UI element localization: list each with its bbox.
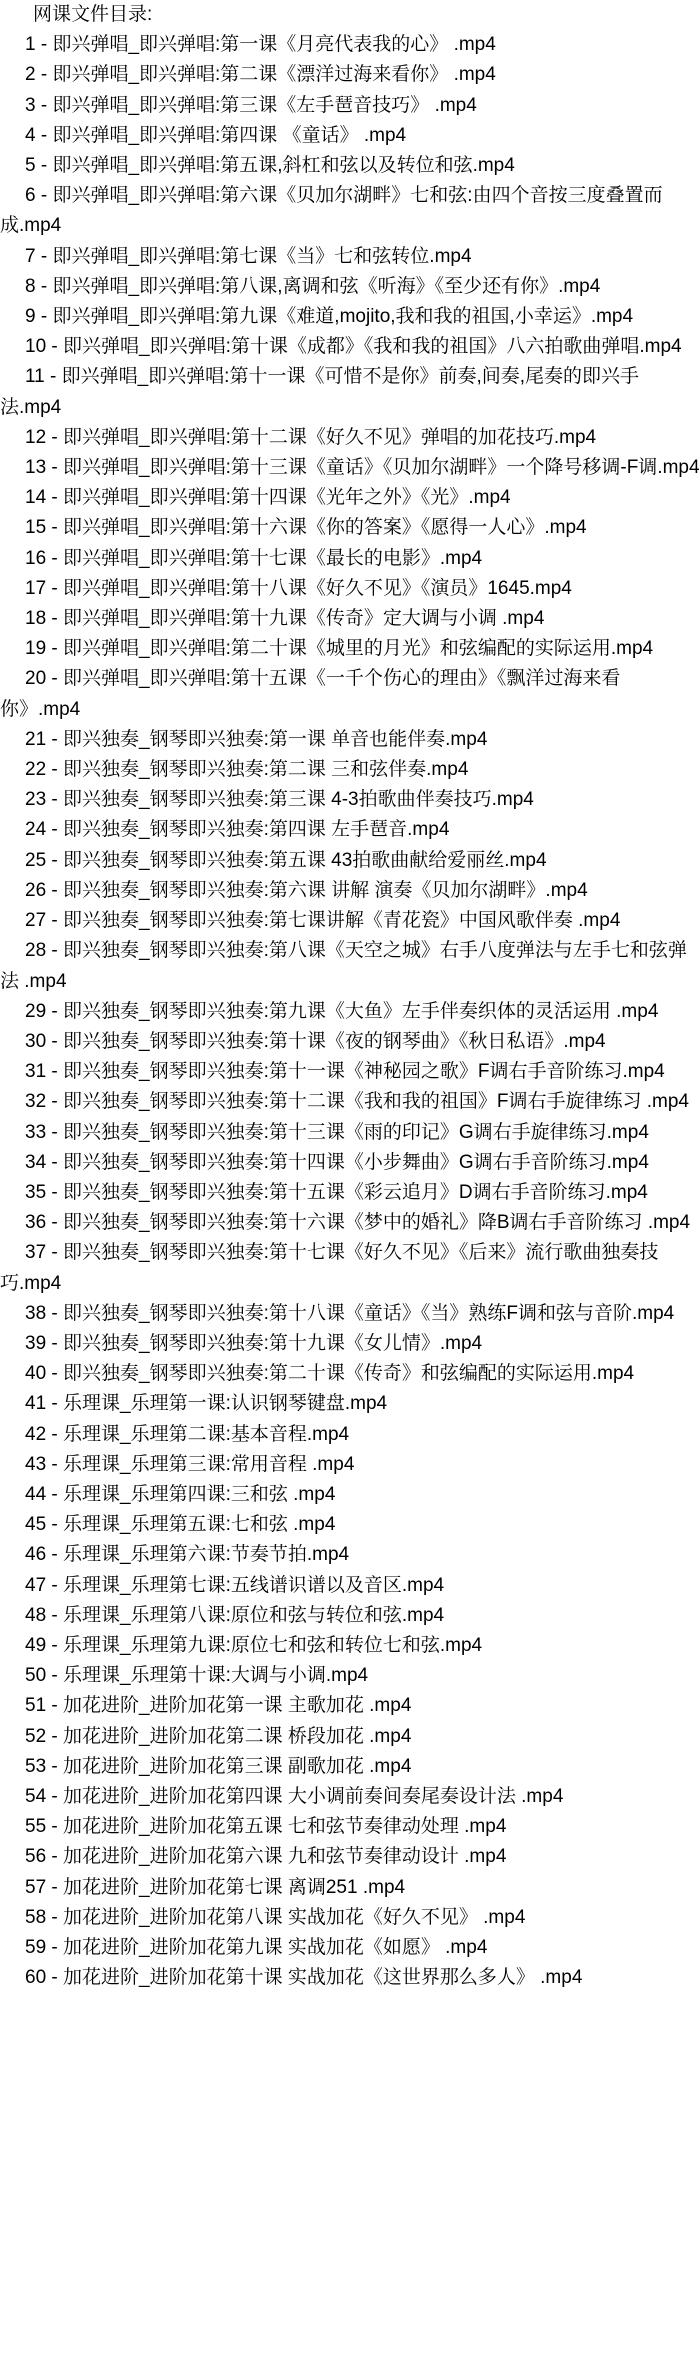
file-entry: 35 - 即兴独奏_钢琴即兴独奏:第十五课《彩云追月》D调右手音阶练习.mp4 [0, 1178, 700, 1208]
file-entry: 28 - 即兴独奏_钢琴即兴独奏:第八课《天空之城》右手八度弹法与左手七和弦弹法… [0, 936, 700, 996]
file-entry: 32 - 即兴独奏_钢琴即兴独奏:第十二课《我和我的祖国》F调右手旋律练习 .m… [0, 1087, 700, 1117]
file-entry: 21 - 即兴独奏_钢琴即兴独奏:第一课 单音也能伴奏.mp4 [0, 725, 700, 755]
file-entry: 51 - 加花进阶_进阶加花第一课 主歌加花 .mp4 [0, 1691, 700, 1721]
file-entry: 42 - 乐理课_乐理第二课:基本音程.mp4 [0, 1420, 700, 1450]
file-entry: 52 - 加花进阶_进阶加花第二课 桥段加花 .mp4 [0, 1722, 700, 1752]
file-entry: 37 - 即兴独奏_钢琴即兴独奏:第十七课《好久不见》《后来》流行歌曲独奏技巧.… [0, 1238, 700, 1298]
file-entry: 25 - 即兴独奏_钢琴即兴独奏:第五课 43拍歌曲献给爱丽丝.mp4 [0, 846, 700, 876]
file-entry: 45 - 乐理课_乐理第五课:七和弦 .mp4 [0, 1510, 700, 1540]
file-entry: 12 - 即兴弹唱_即兴弹唱:第十二课《好久不见》弹唱的加花技巧.mp4 [0, 423, 700, 453]
file-entry: 40 - 即兴独奏_钢琴即兴独奏:第二十课《传奇》和弦编配的实际运用.mp4 [0, 1359, 700, 1389]
file-entry: 43 - 乐理课_乐理第三课:常用音程 .mp4 [0, 1450, 700, 1480]
file-entry: 27 - 即兴独奏_钢琴即兴独奏:第七课讲解《青花瓷》中国风歌伴奏 .mp4 [0, 906, 700, 936]
page-title: 网课文件目录: [0, 0, 700, 30]
file-entry: 3 - 即兴弹唱_即兴弹唱:第三课《左手琶音技巧》 .mp4 [0, 91, 700, 121]
file-entry: 47 - 乐理课_乐理第七课:五线谱识谱以及音区.mp4 [0, 1571, 700, 1601]
file-entry: 8 - 即兴弹唱_即兴弹唱:第八课,离调和弦《听海》《至少还有你》.mp4 [0, 272, 700, 302]
file-entry: 39 - 即兴独奏_钢琴即兴独奏:第十九课《女儿情》.mp4 [0, 1329, 700, 1359]
file-entry: 24 - 即兴独奏_钢琴即兴独奏:第四课 左手琶音.mp4 [0, 815, 700, 845]
file-entry: 57 - 加花进阶_进阶加花第七课 离调251 .mp4 [0, 1873, 700, 1903]
file-entry: 48 - 乐理课_乐理第八课:原位和弦与转位和弦.mp4 [0, 1601, 700, 1631]
file-entry: 15 - 即兴弹唱_即兴弹唱:第十六课《你的答案》《愿得一人心》.mp4 [0, 513, 700, 543]
file-entry: 50 - 乐理课_乐理第十课:大调与小调.mp4 [0, 1661, 700, 1691]
file-entry: 5 - 即兴弹唱_即兴弹唱:第五课,斜杠和弦以及转位和弦.mp4 [0, 151, 700, 181]
file-entry: 14 - 即兴弹唱_即兴弹唱:第十四课《光年之外》《光》.mp4 [0, 483, 700, 513]
file-entry: 46 - 乐理课_乐理第六课:节奏节拍.mp4 [0, 1540, 700, 1570]
file-entry: 55 - 加花进阶_进阶加花第五课 七和弦节奏律动处理 .mp4 [0, 1812, 700, 1842]
file-entry: 58 - 加花进阶_进阶加花第八课 实战加花《好久不见》 .mp4 [0, 1903, 700, 1933]
file-directory-document: 网课文件目录: 1 - 即兴弹唱_即兴弹唱:第一课《月亮代表我的心》 .mp42… [0, 0, 700, 2356]
file-entry: 11 - 即兴弹唱_即兴弹唱:第十一课《可惜不是你》前奏,间奏,尾奏的即兴手法.… [0, 362, 700, 422]
file-entry: 20 - 即兴弹唱_即兴弹唱:第十五课《一千个伤心的理由》《飘洋过海来看你》.m… [0, 664, 700, 724]
file-entry: 44 - 乐理课_乐理第四课:三和弦 .mp4 [0, 1480, 700, 1510]
file-entry: 19 - 即兴弹唱_即兴弹唱:第二十课《城里的月光》和弦编配的实际运用.mp4 [0, 634, 700, 664]
file-entry: 13 - 即兴弹唱_即兴弹唱:第十三课《童话》《贝加尔湖畔》一个降号移调-F调.… [0, 453, 700, 483]
file-entry: 16 - 即兴弹唱_即兴弹唱:第十七课《最长的电影》.mp4 [0, 544, 700, 574]
file-entry: 6 - 即兴弹唱_即兴弹唱:第六课《贝加尔湖畔》七和弦:由四个音按三度叠置而成.… [0, 181, 700, 241]
file-entry: 56 - 加花进阶_进阶加花第六课 九和弦节奏律动设计 .mp4 [0, 1842, 700, 1872]
file-entry: 38 - 即兴独奏_钢琴即兴独奏:第十八课《童话》《当》熟练F调和弦与音阶.mp… [0, 1299, 700, 1329]
file-entry: 22 - 即兴独奏_钢琴即兴独奏:第二课 三和弦伴奏.mp4 [0, 755, 700, 785]
file-entry: 26 - 即兴独奏_钢琴即兴独奏:第六课 讲解 演奏《贝加尔湖畔》.mp4 [0, 876, 700, 906]
file-entry: 2 - 即兴弹唱_即兴弹唱:第二课《漂洋过海来看你》 .mp4 [0, 60, 700, 90]
file-entry: 18 - 即兴弹唱_即兴弹唱:第十九课《传奇》定大调与小调 .mp4 [0, 604, 700, 634]
file-entry: 10 - 即兴弹唱_即兴弹唱:第十课《成都》《我和我的祖国》八六拍歌曲弹唱.mp… [0, 332, 700, 362]
file-entry: 59 - 加花进阶_进阶加花第九课 实战加花《如愿》 .mp4 [0, 1933, 700, 1963]
file-entry: 7 - 即兴弹唱_即兴弹唱:第七课《当》七和弦转位.mp4 [0, 242, 700, 272]
file-list: 1 - 即兴弹唱_即兴弹唱:第一课《月亮代表我的心》 .mp42 - 即兴弹唱_… [0, 30, 700, 1993]
file-entry: 33 - 即兴独奏_钢琴即兴独奏:第十三课《雨的印记》G调右手旋律练习.mp4 [0, 1118, 700, 1148]
file-entry: 54 - 加花进阶_进阶加花第四课 大小调前奏间奏尾奏设计法 .mp4 [0, 1782, 700, 1812]
file-entry: 53 - 加花进阶_进阶加花第三课 副歌加花 .mp4 [0, 1752, 700, 1782]
file-entry: 31 - 即兴独奏_钢琴即兴独奏:第十一课《神秘园之歌》F调右手音阶练习.mp4 [0, 1057, 700, 1087]
file-entry: 49 - 乐理课_乐理第九课:原位七和弦和转位七和弦.mp4 [0, 1631, 700, 1661]
file-entry: 41 - 乐理课_乐理第一课:认识钢琴键盘.mp4 [0, 1389, 700, 1419]
file-entry: 17 - 即兴弹唱_即兴弹唱:第十八课《好久不见》《演员》1645.mp4 [0, 574, 700, 604]
file-entry: 9 - 即兴弹唱_即兴弹唱:第九课《难道,mojito,我和我的祖国,小幸运》.… [0, 302, 700, 332]
file-entry: 30 - 即兴独奏_钢琴即兴独奏:第十课《夜的钢琴曲》《秋日私语》.mp4 [0, 1027, 700, 1057]
file-entry: 60 - 加花进阶_进阶加花第十课 实战加花《这世界那么多人》 .mp4 [0, 1963, 700, 1993]
file-entry: 23 - 即兴独奏_钢琴即兴独奏:第三课 4-3拍歌曲伴奏技巧.mp4 [0, 785, 700, 815]
file-entry: 29 - 即兴独奏_钢琴即兴独奏:第九课《大鱼》左手伴奏织体的灵活运用 .mp4 [0, 997, 700, 1027]
file-entry: 1 - 即兴弹唱_即兴弹唱:第一课《月亮代表我的心》 .mp4 [0, 30, 700, 60]
file-entry: 4 - 即兴弹唱_即兴弹唱:第四课 《童话》 .mp4 [0, 121, 700, 151]
file-entry: 34 - 即兴独奏_钢琴即兴独奏:第十四课《小步舞曲》G调右手音阶练习.mp4 [0, 1148, 700, 1178]
file-entry: 36 - 即兴独奏_钢琴即兴独奏:第十六课《梦中的婚礼》降B调右手音阶练习 .m… [0, 1208, 700, 1238]
